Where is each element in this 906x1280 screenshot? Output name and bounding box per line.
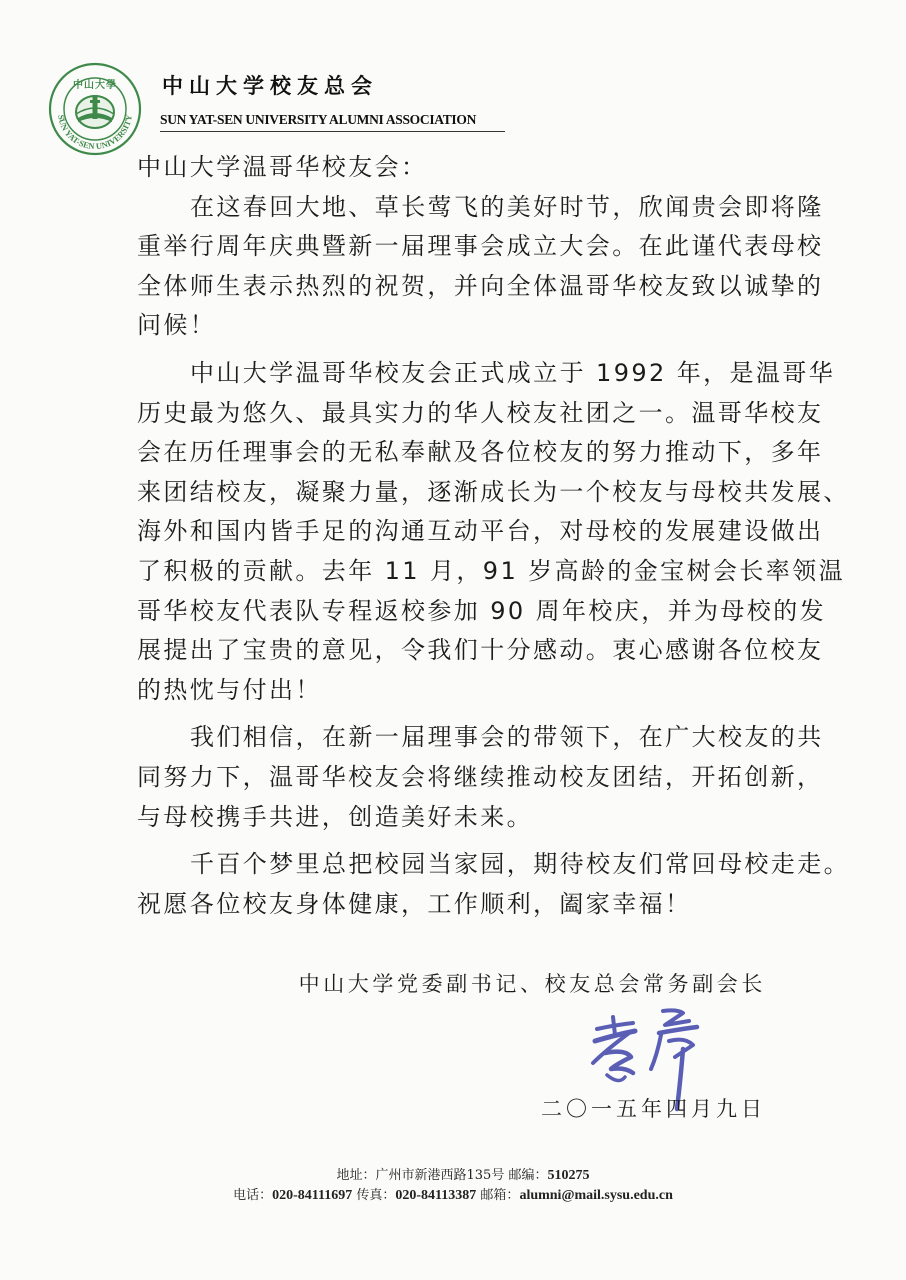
paragraph-line: 在这春回大地、草长莺飞的美好时节，欣闻贵会即将隆 — [137, 188, 777, 228]
footer-contact-line: 电话：020-84111697 传真：020-84113387 邮箱：alumn… — [0, 1184, 906, 1204]
letter-date: 二〇一五年四月九日 — [541, 1093, 766, 1123]
address-value: 广州市新港西路135号 — [376, 1168, 505, 1183]
phone-value: 020-84111697 — [272, 1188, 352, 1203]
paragraph-line: 千百个梦里总把校园当家园，期待校友们常回母校走走。 — [137, 845, 777, 885]
paragraph-line: 重举行周年庆典暨新一届理事会成立大会。在此谨代表母校 — [137, 227, 777, 267]
postcode-value: 510275 — [548, 1168, 590, 1183]
paragraph-line: 全体师生表示热烈的祝贺，并向全体温哥华校友致以诚挚的 — [137, 267, 777, 307]
letter-body: 中山大学温哥华校友会： 在这春回大地、草长莺飞的美好时节，欣闻贵会即将隆 重举行… — [137, 148, 777, 924]
footer-address-line: 地址：广州市新港西路135号 邮编：510275 — [0, 1164, 906, 1184]
paragraph-line: 海外和国内皆手足的沟通互动平台，对母校的发展建设做出 — [137, 512, 777, 552]
paragraph-line: 与母校携手共进，创造美好未来。 — [137, 798, 777, 838]
paragraph-line: 我们相信，在新一届理事会的带领下，在广大校友的共 — [137, 718, 777, 758]
postcode-label: 邮编： — [508, 1168, 547, 1183]
paragraph-line: 历史最为悠久、最具实力的华人校友社团之一。温哥华校友 — [137, 394, 777, 434]
paragraph-4: 千百个梦里总把校园当家园，期待校友们常回母校走走。 祝愿各位校友身体健康，工作顺… — [137, 845, 777, 924]
org-title: 中山大学校友总会 — [162, 70, 378, 100]
paragraph-2: 中山大学温哥华校友会正式成立于 1992 年，是温哥华 历史最为悠久、最具实力的… — [137, 354, 777, 710]
paragraph-line: 问候！ — [137, 306, 777, 346]
paragraph-line: 中山大学温哥华校友会正式成立于 1992 年，是温哥华 — [137, 354, 777, 394]
phone-label: 电话： — [233, 1188, 272, 1203]
paragraph-1: 在这春回大地、草长莺飞的美好时节，欣闻贵会即将隆 重举行周年庆典暨新一届理事会成… — [137, 188, 777, 346]
address-label: 地址： — [337, 1168, 376, 1183]
header-divider — [160, 131, 505, 132]
paragraph-line: 来团结校友，凝聚力量，逐渐成长为一个校友与母校共发展、 — [137, 473, 777, 513]
org-subtitle: SUN YAT-SEN UNIVERSITY ALUMNI ASSOCIATIO… — [160, 112, 476, 128]
paragraph-line: 展提出了宝贵的意见，令我们十分感动。衷心感谢各位校友 — [137, 631, 777, 671]
svg-text:中山大學: 中山大學 — [73, 78, 117, 91]
paragraph-line: 会在历任理事会的无私奉献及各位校友的努力推动下，多年 — [137, 433, 777, 473]
signer-title: 中山大学党委副书记、校友总会常务副会长 — [299, 968, 766, 998]
university-seal-icon: SUN YAT-SEN UNIVERSITY 中山大學 — [48, 62, 142, 156]
salutation: 中山大学温哥华校友会： — [137, 148, 777, 188]
fax-value: 020-84113387 — [395, 1188, 476, 1203]
paragraph-line: 哥华校友代表队专程返校参加 90 周年校庆，并为母校的发 — [137, 592, 777, 632]
paragraph-line: 的热忱与付出！ — [137, 671, 777, 711]
email-label: 邮箱： — [480, 1188, 519, 1203]
paragraph-line: 了积极的贡献。去年 11 月，91 岁高龄的金宝树会长率领温 — [137, 552, 777, 592]
paragraph-line: 祝愿各位校友身体健康，工作顺利，阖家幸福！ — [137, 885, 777, 925]
fax-label: 传真： — [356, 1188, 395, 1203]
email-link[interactable]: alumni@mail.sysu.edu.cn — [519, 1188, 672, 1203]
paragraph-3: 我们相信，在新一届理事会的带领下，在广大校友的共 同努力下，温哥华校友会将继续推… — [137, 718, 777, 837]
paragraph-line: 同努力下，温哥华校友会将继续推动校友团结，开拓创新， — [137, 758, 777, 798]
